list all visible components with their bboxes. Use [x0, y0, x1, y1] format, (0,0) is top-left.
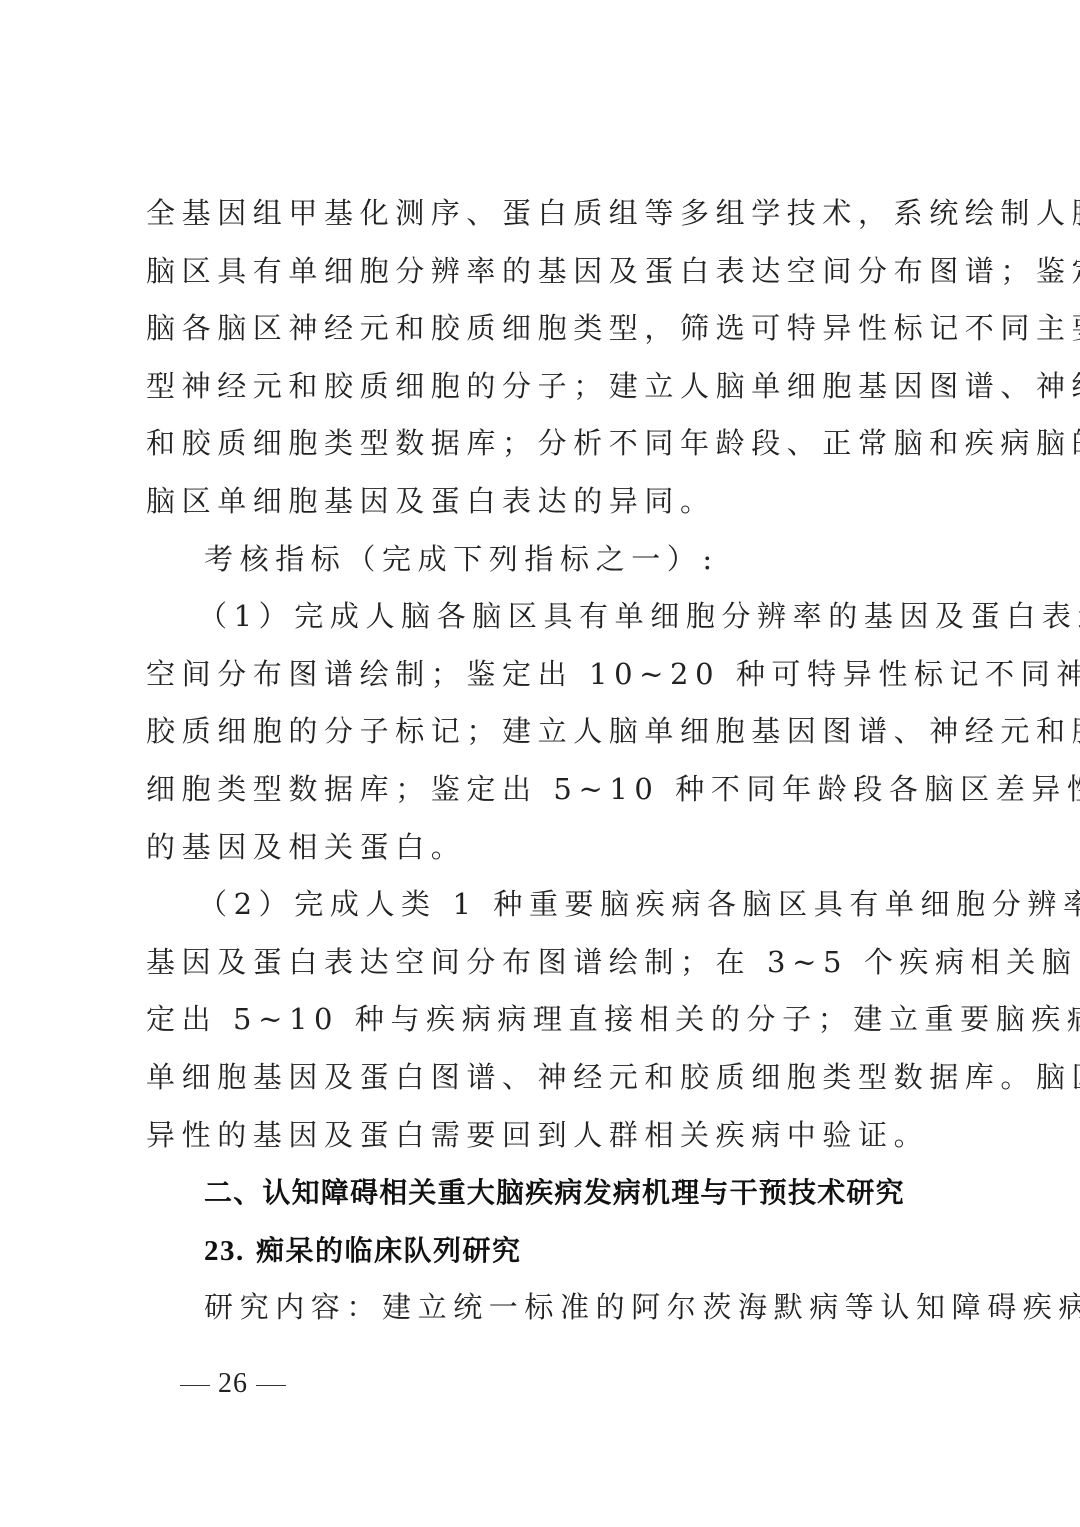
- text-line: 和胶质细胞类型数据库；分析不同年龄段、正常脑和疾病脑的各: [146, 415, 938, 473]
- text-line: 单细胞基因及蛋白图谱、神经元和胶质细胞类型数据库。脑区特: [146, 1049, 938, 1107]
- text-line: 胶质细胞的分子标记；建立人脑单细胞基因图谱、神经元和胶质: [146, 703, 938, 761]
- footer-dash-left: [180, 1385, 210, 1386]
- section-heading: 二、认知障碍相关重大脑疾病发病机理与干预技术研究: [146, 1164, 938, 1222]
- indicator-2-paragraph: （2）完成人类 1 种重要脑疾病各脑区具有单细胞分辨率的 基因及蛋白表达空间分布…: [146, 876, 938, 1164]
- subsection-title: 痴呆的临床队列研究: [256, 1234, 522, 1267]
- page-number: 26: [218, 1368, 248, 1399]
- subsection-number: 23.: [204, 1235, 245, 1267]
- paragraph-research-content-continued: 全基因组甲基化测序、蛋白质组等多组学技术，系统绘制人脑各 脑区具有单细胞分辨率的…: [146, 185, 938, 531]
- text-line: 脑各脑区神经元和胶质细胞类型，筛选可特异性标记不同主要类: [146, 300, 938, 358]
- text-line: 细胞类型数据库；鉴定出 5~10 种不同年龄段各脑区差异性表达: [146, 761, 938, 819]
- text-line: 全基因组甲基化测序、蛋白质组等多组学技术，系统绘制人脑各: [146, 185, 938, 243]
- text-line: 的基因及相关蛋白。: [146, 819, 938, 877]
- text-line: 定出 5~10 种与疾病病理直接相关的分子；建立重要脑疾病人脑: [146, 991, 938, 1049]
- text-line: （1）完成人脑各脑区具有单细胞分辨率的基因及蛋白表达: [146, 588, 938, 646]
- text-line: 异性的基因及蛋白需要回到人群相关疾病中验证。: [146, 1107, 938, 1165]
- text-line: 空间分布图谱绘制；鉴定出 10~20 种可特异性标记不同神经元和: [146, 646, 938, 704]
- footer-dash-right: [256, 1385, 286, 1386]
- text-line: 脑区单细胞基因及蛋白表达的异同。: [146, 473, 938, 531]
- indicator-1-paragraph: （1）完成人脑各脑区具有单细胞分辨率的基因及蛋白表达 空间分布图谱绘制；鉴定出 …: [146, 588, 938, 876]
- text-line: （2）完成人类 1 种重要脑疾病各脑区具有单细胞分辨率的: [146, 876, 938, 934]
- assessment-indicators-label: 考核指标（完成下列指标之一）:: [146, 531, 938, 589]
- subsection-heading: 23. 痴呆的临床队列研究: [146, 1222, 938, 1280]
- document-page: 全基因组甲基化测序、蛋白质组等多组学技术，系统绘制人脑各 脑区具有单细胞分辨率的…: [146, 185, 938, 1337]
- page-footer: 26: [172, 1368, 294, 1400]
- text-line: 基因及蛋白表达空间分布图谱绘制；在 3~5 个疾病相关脑区中鉴: [146, 934, 938, 992]
- research-content-line: 研究内容：建立统一标准的阿尔茨海默病等认知障碍疾病队: [146, 1279, 938, 1337]
- text-line: 型神经元和胶质细胞的分子；建立人脑单细胞基因图谱、神经元: [146, 358, 938, 416]
- text-line: 脑区具有单细胞分辨率的基因及蛋白表达空间分布图谱；鉴定全: [146, 243, 938, 301]
